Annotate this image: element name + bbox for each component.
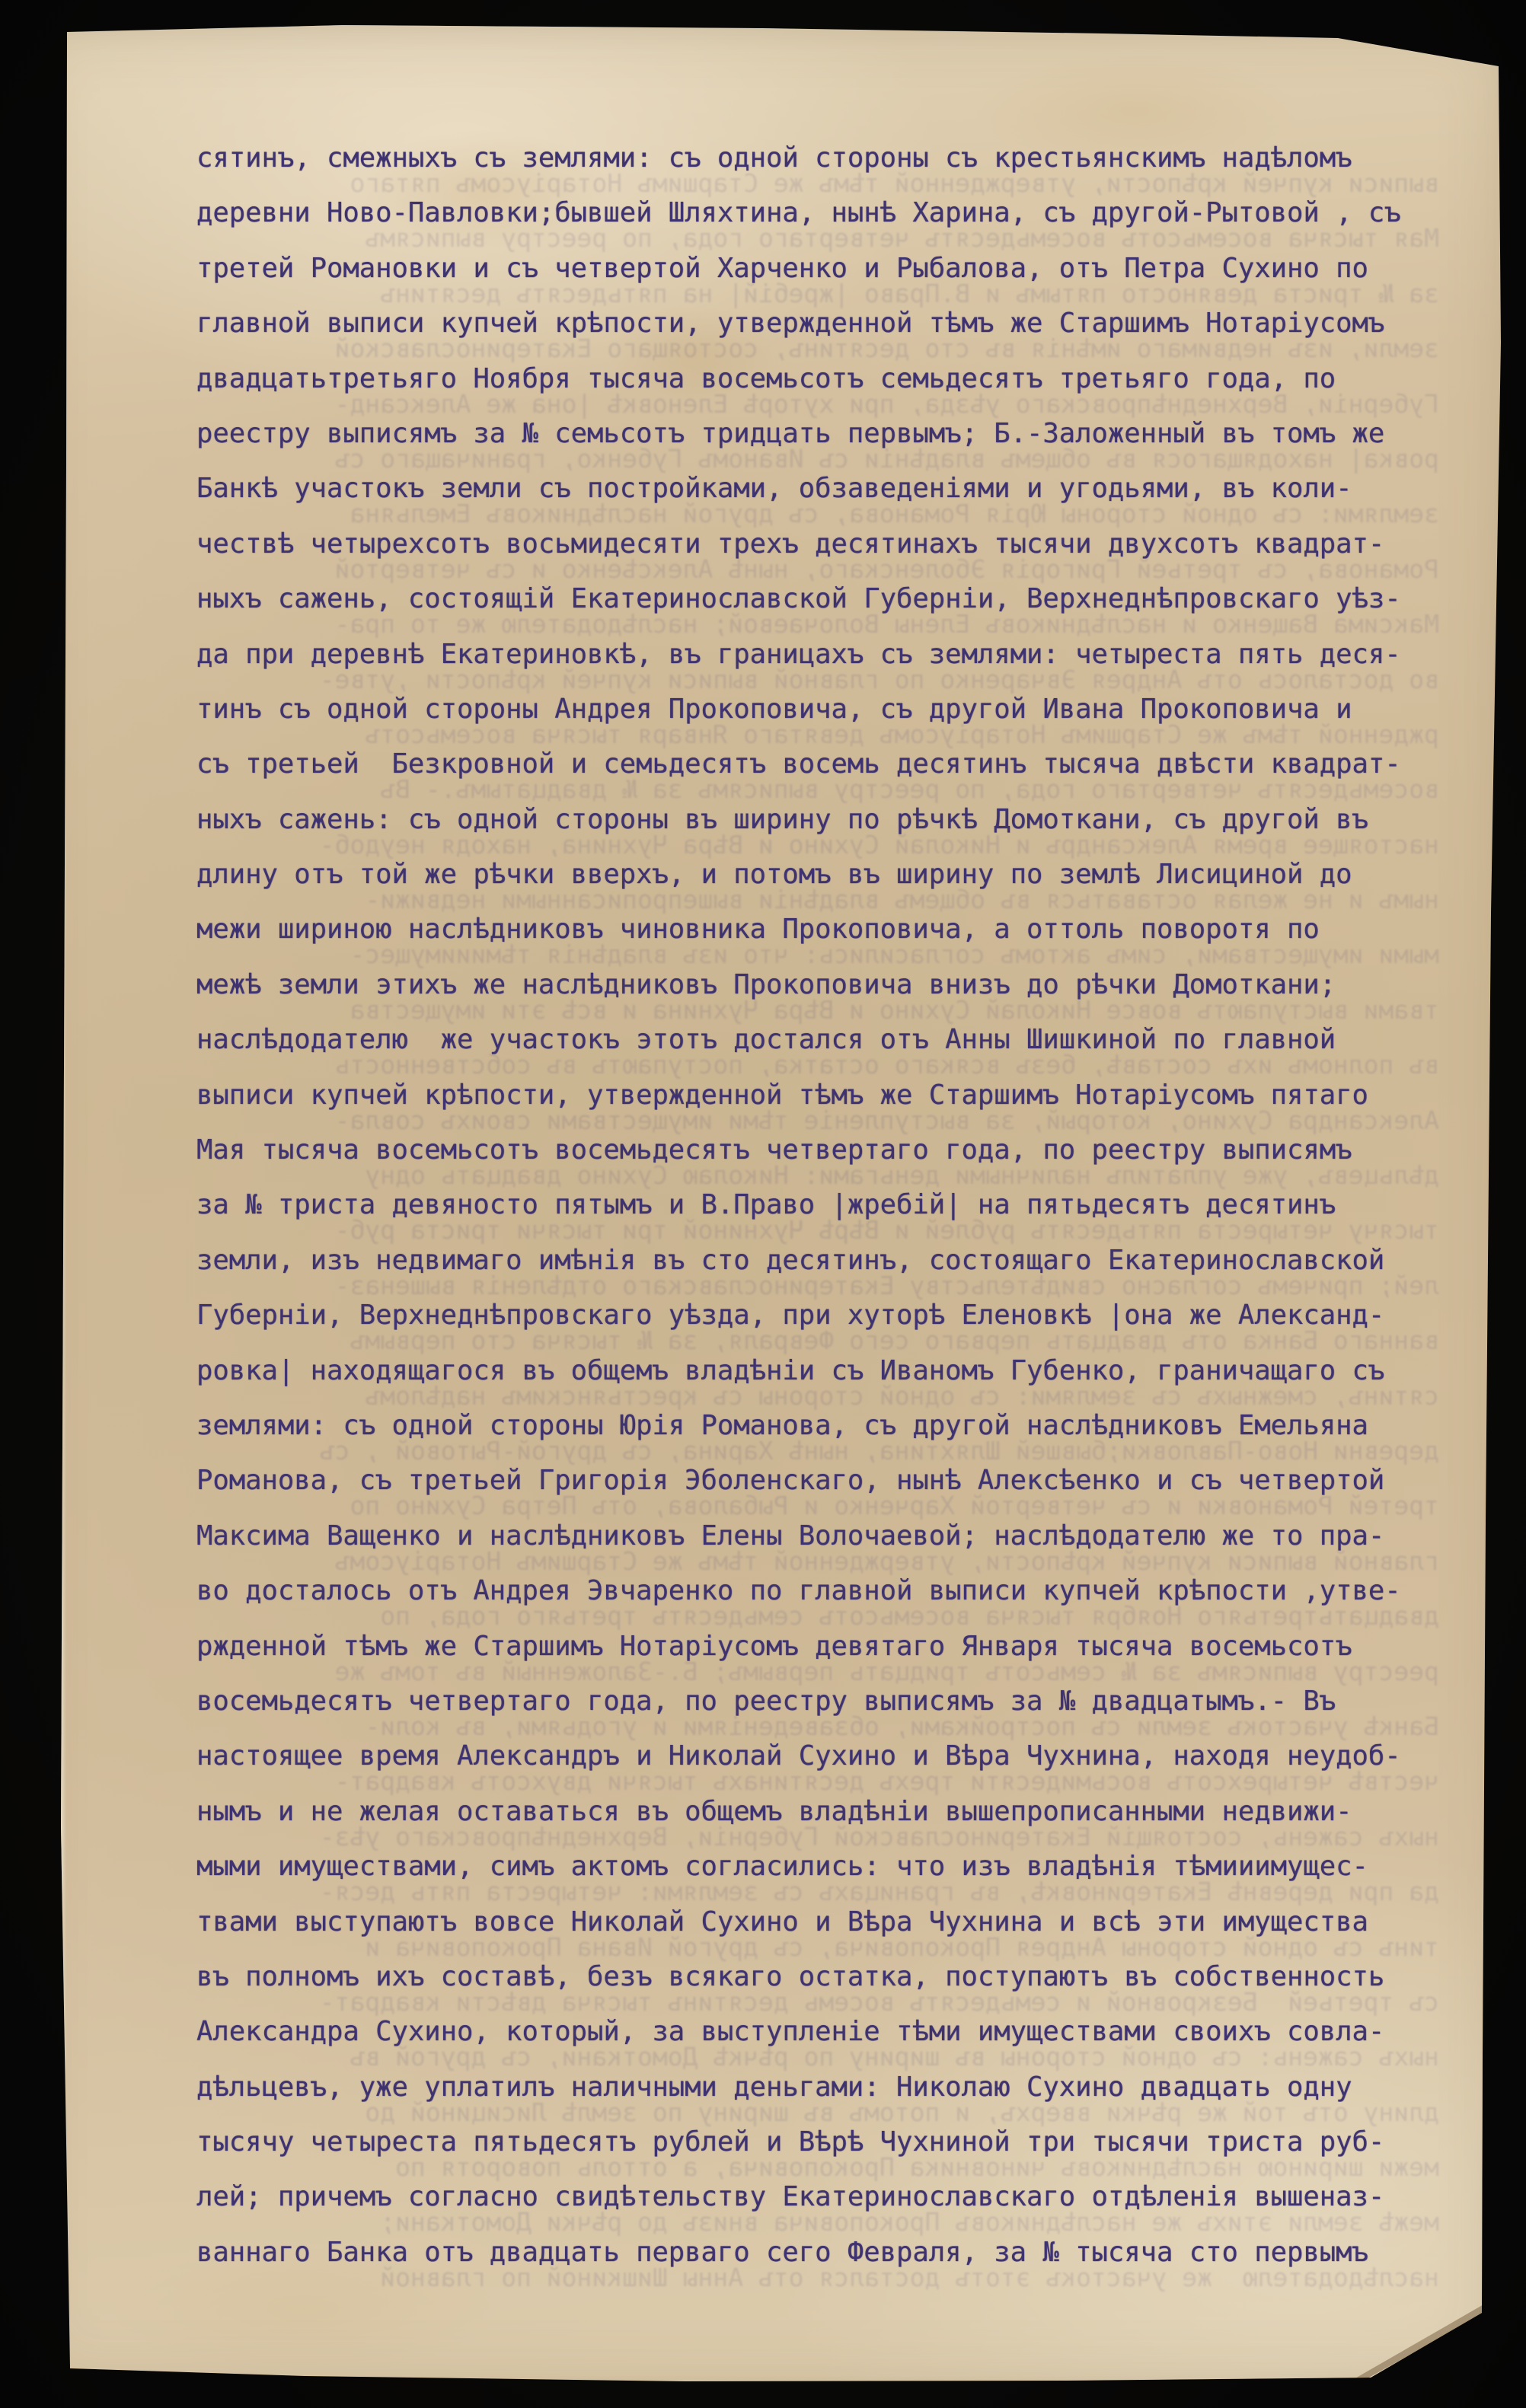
photo-background: выписи купчей крѣпости, утвержденной тѣм… xyxy=(0,0,1526,2408)
paper-sheet: выписи купчей крѣпости, утвержденной тѣм… xyxy=(0,0,1526,2408)
paper-vignette xyxy=(0,0,1526,2408)
